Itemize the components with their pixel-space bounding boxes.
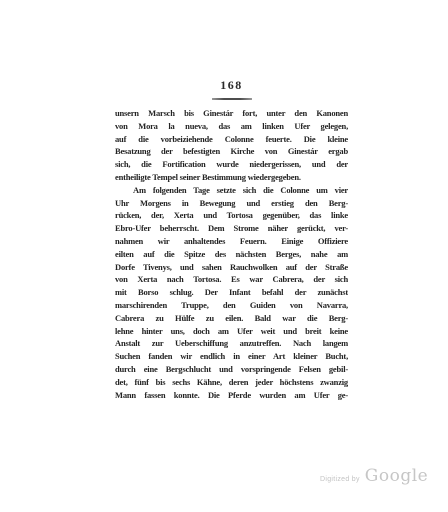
text-line: mit Borso schlug. Der Infant befahl der … xyxy=(115,286,348,299)
page-number-rule xyxy=(212,98,252,100)
text-block: unsern Marsch bis Ginestár fort, unter d… xyxy=(115,107,348,401)
text-line: von Mora la nueva, das am linken Ufer ge… xyxy=(115,120,348,133)
text-line: lehne hinter uns, doch am Ufer weit und … xyxy=(115,325,348,338)
text-line: sich, die Fortification wurde niedergeri… xyxy=(115,158,348,171)
text-line: nahmen wir anhaltendes Feuern. Einige Of… xyxy=(115,235,348,248)
watermark: Digitized by Google xyxy=(320,466,428,486)
text-line: von Xerta nach Tortosa. Es war Cabrera, … xyxy=(115,273,348,286)
scanned-book-page: 168 unsern Marsch bis Ginestár fort, unt… xyxy=(0,0,448,512)
text-line: eilten auf die Spitze des nächsten Berge… xyxy=(115,248,348,261)
text-line: Mann fassen konnte. Die Pferde wurden am… xyxy=(115,389,348,402)
page-header: 168 xyxy=(115,78,348,100)
text-line: entheiligte Tempel seiner Bestimmung wie… xyxy=(115,171,348,184)
watermark-prefix: Digitized by xyxy=(320,476,360,483)
text-line: marschirenden Truppe, den Guiden von Nav… xyxy=(115,299,348,312)
text-line: Ebro-Ufer beherrscht. Dem Strome näher g… xyxy=(115,222,348,235)
text-line: rücken, der, Xerta und Tortosa gegenüber… xyxy=(115,209,348,222)
text-line: Cabrera zu Hülfe zu eilen. Bald war die … xyxy=(115,312,348,325)
text-line: unsern Marsch bis Ginestár fort, unter d… xyxy=(115,107,348,120)
google-logo: Google xyxy=(365,466,428,486)
text-line: Dorfe Tivenys, und sahen Rauchwolken auf… xyxy=(115,261,348,274)
text-line: Besatzung der befestigten Kirche von Gin… xyxy=(115,145,348,158)
text-line: Uhr Morgens in Bewegung und erstieg den … xyxy=(115,197,348,210)
text-line: durch eine Bergschlucht und vorspringend… xyxy=(115,363,348,376)
text-line: Am folgenden Tage setzte sich die Colonn… xyxy=(115,184,348,197)
text-line: Suchen fanden wir endlich in einer Art k… xyxy=(115,350,348,363)
text-line: auf die vorbeiziehende Colonne feuerte. … xyxy=(115,133,348,146)
text-line: Anstalt zur Ueberschiffung anzutreffen. … xyxy=(115,337,348,350)
page-number: 168 xyxy=(115,78,348,93)
text-line: det, fünf bis sechs Kähne, deren jeder h… xyxy=(115,376,348,389)
